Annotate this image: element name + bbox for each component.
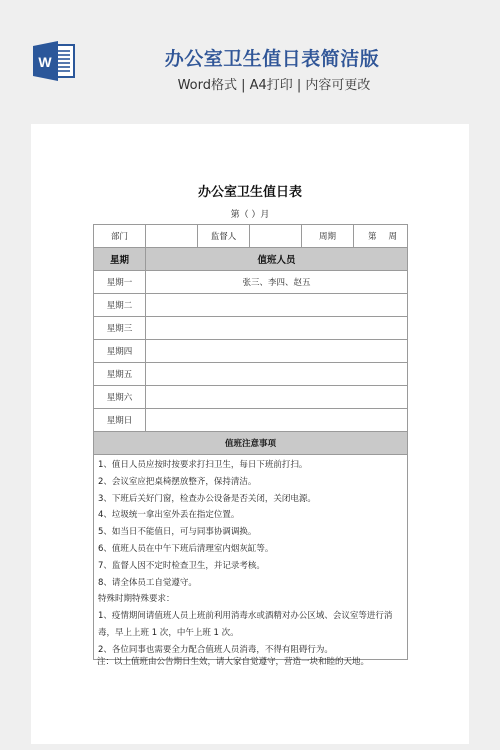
document-page: 办公室卫生值日表 第（ ）月 部门 监督人 周期 第 周 星期 值班人员 星期一	[31, 124, 469, 744]
staff-cell[interactable]	[146, 340, 408, 363]
footer-note: 注：以上值班由公告期日生效，请大家自觉遵守，营造一块和睦的天地。	[97, 655, 369, 667]
month-line: 第（ ）月	[31, 207, 469, 220]
day-label: 星期四	[94, 340, 146, 363]
staff-column-header: 值班人员	[146, 248, 408, 271]
staff-cell[interactable]	[146, 409, 408, 432]
banner-subtitle: Word格式 | A4打印 | 内容可更改	[0, 74, 500, 93]
day-label: 星期五	[94, 363, 146, 386]
note-item: 1、值日人员应按时按要求打扫卫生，每日下班前打扫。	[98, 457, 403, 474]
staff-cell[interactable]	[146, 317, 408, 340]
staff-cell[interactable]	[146, 363, 408, 386]
notes-header-row: 值班注意事项	[94, 432, 408, 455]
staff-cell[interactable]	[146, 294, 408, 317]
duty-table: 部门 监督人 周期 第 周 星期 值班人员 星期一 张三、李四、赵五 星期二	[93, 224, 408, 660]
schedule-row: 星期四	[94, 340, 408, 363]
banner-title: 办公室卫生值日表简洁版	[0, 44, 500, 71]
note-item: 5、如当日不能值日，可与同事协调调换。	[98, 524, 403, 541]
info-row: 部门 监督人 周期 第 周	[94, 225, 408, 248]
notes-row: 1、值日人员应按时按要求打扫卫生，每日下班前打扫。 2、会议室应把桌椅摆放整齐，…	[94, 455, 408, 660]
note-item: 3、下班后关好门窗，检查办公设备是否关闭，关闭电源。	[98, 491, 403, 508]
note-item: 8、请全体员工自觉遵守。	[98, 575, 403, 592]
week-prefix: 第	[368, 230, 377, 242]
note-item: 6、值班人员在中午下班后清理室内烟灰缸等。	[98, 541, 403, 558]
staff-cell[interactable]	[146, 386, 408, 409]
supervisor-value-cell[interactable]	[250, 225, 302, 248]
day-label: 星期三	[94, 317, 146, 340]
day-column-header: 星期	[94, 248, 146, 271]
schedule-row: 星期六	[94, 386, 408, 409]
week-suffix: 周	[388, 230, 397, 242]
schedule-row: 星期日	[94, 409, 408, 432]
staff-cell[interactable]: 张三、李四、赵五	[146, 271, 408, 294]
special-requirements-header: 特殊时期特殊要求：	[98, 591, 403, 608]
dept-label: 部门	[94, 225, 146, 248]
document-title: 办公室卫生值日表	[31, 181, 469, 200]
schedule-row: 星期一 张三、李四、赵五	[94, 271, 408, 294]
note-item: 2、会议室应把桌椅摆放整齐，保持清洁。	[98, 474, 403, 491]
schedule-row: 星期二	[94, 294, 408, 317]
schedule-row: 星期三	[94, 317, 408, 340]
supervisor-label: 监督人	[198, 225, 250, 248]
note-item: 7、监督人因不定时检查卫生，并记录考核。	[98, 558, 403, 575]
notes-header: 值班注意事项	[94, 432, 408, 455]
day-label: 星期六	[94, 386, 146, 409]
schedule-row: 星期五	[94, 363, 408, 386]
day-label: 星期日	[94, 409, 146, 432]
week-cell[interactable]: 第 周	[354, 225, 408, 248]
note-item: 4、垃圾统一拿出室外丢在指定位置。	[98, 507, 403, 524]
cycle-label: 周期	[302, 225, 354, 248]
notes-cell[interactable]: 1、值日人员应按时按要求打扫卫生，每日下班前打扫。 2、会议室应把桌椅摆放整齐，…	[94, 455, 408, 660]
day-label: 星期二	[94, 294, 146, 317]
schedule-header-row: 星期 值班人员	[94, 248, 408, 271]
day-label: 星期一	[94, 271, 146, 294]
special-note-item: 1、疫情期间请值班人员上班前利用消毒水或酒精对办公区域、会议室等进行消毒，早上上…	[98, 608, 403, 642]
dept-value-cell[interactable]	[146, 225, 198, 248]
